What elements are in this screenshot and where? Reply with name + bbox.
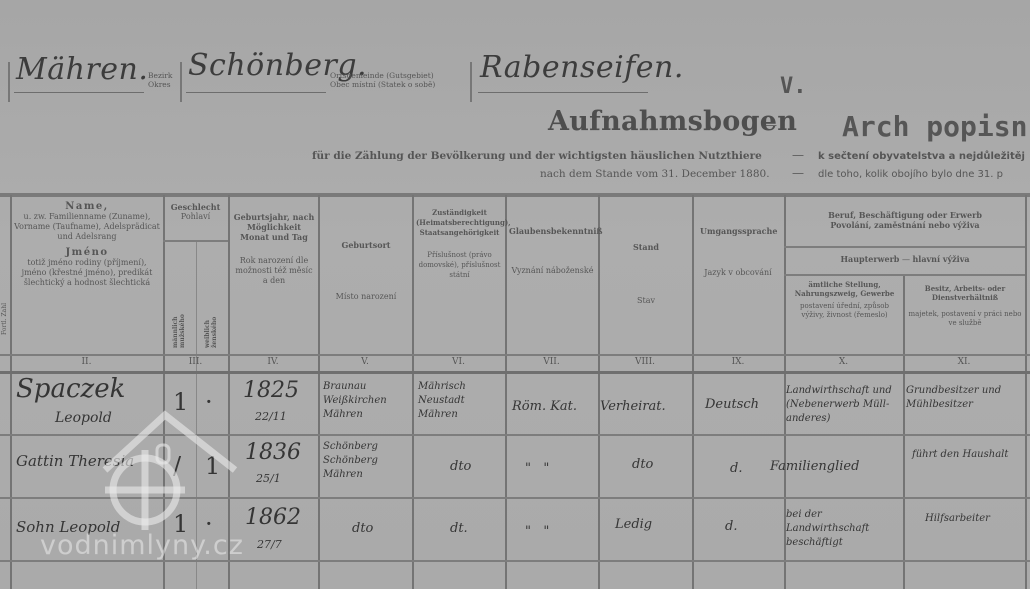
column-number: VII. xyxy=(505,357,598,371)
column-divider xyxy=(692,195,694,589)
watermark-text: vodnimlyny.cz xyxy=(40,530,244,561)
bezirk-label-de: Bezirk xyxy=(148,71,172,80)
header-religion: Glaubensbekenntniß Vyznání náboženské xyxy=(509,226,596,276)
header-sex-cz: Pohlaví xyxy=(164,212,227,222)
date-line-de: nach dem Stande vom 31. December 1880. xyxy=(540,168,770,180)
main-occupation-cz: hlavní výživa xyxy=(912,254,969,264)
header-marital: Stand Stav xyxy=(602,242,690,306)
header-birth-year-cz: Rok narození dle možnosti též měsíc a de… xyxy=(232,256,316,286)
marital-status: Verheirat. xyxy=(600,398,666,416)
main-occupation-dash: — xyxy=(902,255,910,264)
occupation-sub-rule xyxy=(784,274,1025,276)
ortsgemeinde-label: Ortsgemeinde (Gutsgebiet) Obec místní (S… xyxy=(330,71,435,89)
land-underline xyxy=(14,92,144,93)
birthplace: dto xyxy=(352,520,373,538)
header-property-de: Besitz, Arbeits- oder Dienstverhältniß xyxy=(907,284,1023,302)
header-birthplace-de: Geburtsort xyxy=(322,240,410,250)
occupation: Familienglied xyxy=(770,458,859,476)
column-i-label: Fortl. Zahl xyxy=(1,225,8,335)
header-sex: Geschlecht Pohlaví xyxy=(164,202,227,222)
header-religion-de: Glaubensbekenntniß xyxy=(509,226,596,236)
census-sheet: Mähren. Bezirk Okres Schönberg. Ortsgeme… xyxy=(0,0,1030,589)
birthplace: Schönberg Schönberg Mähren xyxy=(323,440,411,482)
header-sex-de: Geschlecht xyxy=(164,202,227,212)
domicile: dt. xyxy=(450,520,468,538)
occupation-group-de: Beruf, Beschäftigung oder Erwerb xyxy=(788,210,1022,220)
header-official-position-cz: postavení úřední, způsob výživy, živnost… xyxy=(788,302,901,320)
sheet-number: V. xyxy=(780,74,807,99)
header-birth-year-de: Geburtsjahr, nach Möglichkeit Monat und … xyxy=(232,212,316,242)
marital-status: Ledig xyxy=(615,516,652,534)
header-birth-year: Geburtsjahr, nach Möglichkeit Monat und … xyxy=(232,212,316,286)
date-line-dash: — xyxy=(792,166,804,180)
header-occupation-group: Beruf, Beschäftigung oder Erwerb Povolán… xyxy=(788,210,1022,230)
header-domicile-cz: Příslušnost (právo domovské), příslušnos… xyxy=(416,250,503,280)
language: Deutsch xyxy=(705,396,759,414)
column-number: V. xyxy=(318,357,412,371)
land-value: Mähren. xyxy=(16,52,148,87)
religion: " " xyxy=(525,460,549,478)
occupation: bei der Landwirthschaft beschäftigt xyxy=(786,508,901,550)
subtitle-cz: k sečtení obyvatelstva a nejdůležitěj xyxy=(818,151,1025,162)
position: führt den Haushalt xyxy=(912,448,1022,462)
religion: Röm. Kat. xyxy=(512,398,577,416)
table-top-rule xyxy=(0,193,1030,197)
ortsgemeinde-underline xyxy=(478,92,648,93)
header-name-de: u. zw. Familienname (Zuname), Vorname (T… xyxy=(14,212,160,242)
occupation-group-rule xyxy=(784,246,1025,248)
bezirk-label-cz: Okres xyxy=(148,80,172,89)
birth-date: 27/7 xyxy=(257,538,282,551)
bezirk-underline xyxy=(186,92,326,93)
column-divider xyxy=(1025,195,1027,589)
header-official-position-de: ämtliche Stellung, Nahrungszweig, Gewerb… xyxy=(788,280,901,298)
watermill-house-icon xyxy=(95,395,245,545)
ortsgemeinde-label-de: Ortsgemeinde (Gutsgebiet) xyxy=(330,71,435,80)
header-sex-male: männlich mužského xyxy=(172,308,186,348)
birth-date: 25/1 xyxy=(256,472,281,485)
position: Hilfsarbeiter xyxy=(925,512,1023,526)
title-cz: Arch popisn xyxy=(842,110,1027,143)
birth-year: 1836 xyxy=(245,440,301,465)
brace xyxy=(470,62,472,102)
birthplace: Braunau Weißkirchen Mähren xyxy=(323,380,411,422)
title-dash: — xyxy=(765,118,777,132)
header-marital-cz: Stav xyxy=(602,296,690,306)
column-divider xyxy=(318,195,320,589)
column-divider xyxy=(903,275,905,589)
bezirk-label: Bezirk Okres xyxy=(148,71,172,89)
header-name-cz: totiž jméno rodiny (příjmení), jméno (kř… xyxy=(14,258,160,288)
column-number: IX. xyxy=(692,357,784,371)
column-number: X. xyxy=(784,357,903,371)
brace xyxy=(8,62,10,102)
header-sex-female: weiblich ženského xyxy=(204,308,218,348)
sex-header-rule xyxy=(163,240,228,242)
column-number: VIII. xyxy=(598,357,692,371)
header-birthplace: Geburtsort Místo narození xyxy=(322,240,410,302)
birth-year: 1862 xyxy=(245,505,301,530)
header-name: Name, u. zw. Familienname (Zuname), Vorn… xyxy=(14,202,160,288)
header-bottom-rule xyxy=(0,371,1030,374)
header-property-cz: majetek, postavení v práci nebo ve služb… xyxy=(907,310,1023,328)
language: d. xyxy=(730,460,742,478)
occupation: Landwirthschaft und (Nebenerwerb Müll- a… xyxy=(786,384,902,426)
language: d. xyxy=(725,518,737,536)
position: Grundbesitzer und Mühlbesitzer xyxy=(906,384,1024,412)
domicile: dto xyxy=(450,458,471,476)
header-domicile: Zuständigkeit (Heimatsberechtigung), Sta… xyxy=(416,208,503,280)
header-language-cz: Jazyk v obcování xyxy=(700,268,776,278)
birth-date: 22/11 xyxy=(255,410,287,423)
header-name-de-title: Name, xyxy=(14,202,160,212)
header-name-cz-title: Jméno xyxy=(14,248,160,258)
column-number: III. xyxy=(163,357,228,371)
header-domicile-de: Zuständigkeit (Heimatsberechtigung), Sta… xyxy=(416,208,503,238)
subtitle-dash: — xyxy=(792,148,804,162)
column-number: II. xyxy=(10,357,163,371)
main-occupation-de: Haupterwerb xyxy=(840,254,899,264)
header-language: Umgangssprache Jazyk v obcování xyxy=(700,226,776,278)
header-marital-de: Stand xyxy=(602,242,690,252)
marital-status: dto xyxy=(632,456,653,474)
header-religion-cz: Vyznání náboženské xyxy=(509,266,596,276)
column-divider xyxy=(412,195,414,589)
column-divider xyxy=(505,195,507,589)
header-official-position: ämtliche Stellung, Nahrungszweig, Gewerb… xyxy=(788,280,901,320)
brace xyxy=(180,62,182,102)
column-number: VI. xyxy=(412,357,505,371)
ortsgemeinde-value: Rabenseifen. xyxy=(480,50,684,85)
title-de: Aufnahmsbogen xyxy=(548,106,797,137)
column-number: IV. xyxy=(228,357,318,371)
date-line-cz: dle toho, kolik obojího bylo dne 31. p xyxy=(818,169,1003,180)
domicile: Mährisch Neustadt Mähren xyxy=(418,380,503,422)
header-main-occupation: Haupterwerb — hlavní výživa xyxy=(788,254,1022,265)
column-divider xyxy=(598,195,600,589)
ortsgemeinde-label-cz: Obec místní (Statek o sobě) xyxy=(330,80,435,89)
header-language-de: Umgangssprache xyxy=(700,226,776,236)
header-birthplace-cz: Místo narození xyxy=(322,292,410,302)
subtitle-de: für die Zählung der Bevölkerung und der … xyxy=(312,150,762,162)
header-number-rule xyxy=(0,354,1030,356)
religion: " " xyxy=(525,523,549,541)
birth-year: 1825 xyxy=(243,378,299,403)
column-divider xyxy=(10,195,12,589)
occupation-group-cz: Povolání, zaměstnání nebo výživa xyxy=(788,220,1022,230)
column-number: XI. xyxy=(903,357,1025,371)
header-property: Besitz, Arbeits- oder Dienstverhältniß m… xyxy=(907,284,1023,328)
